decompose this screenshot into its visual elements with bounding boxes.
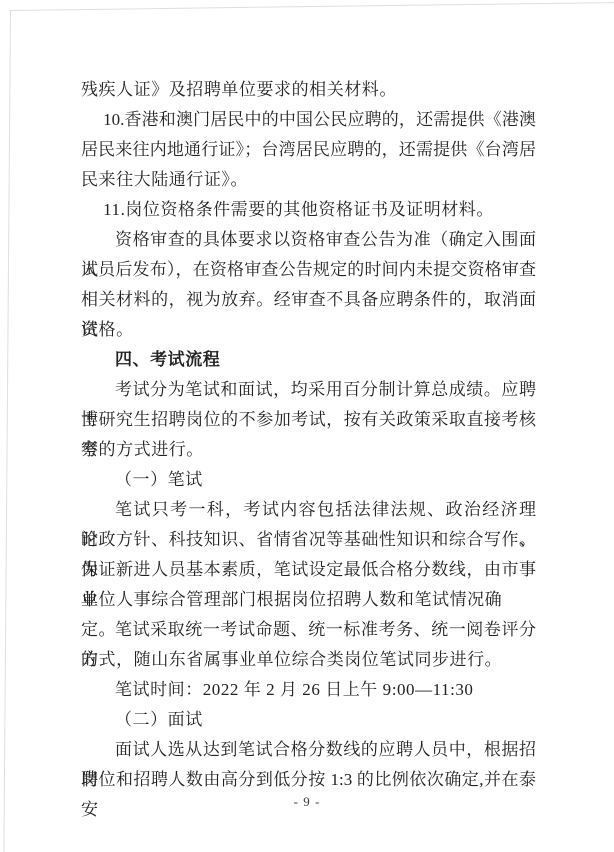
body-line: 时政方针、科技知识、省情省况等基础性知识和综合写作。为 <box>81 525 536 555</box>
scan-edge-left-line <box>3 10 11 852</box>
body-line: 考试分为笔试和面试，均采用百分制计算总成绩。应聘博 <box>81 375 536 405</box>
body-line: 保证新进人员基本素质，笔试设定最低合格分数线，由市事业 <box>81 555 536 585</box>
page-number: - 9 - <box>0 794 614 810</box>
document-body: 残疾人证》及招聘单位要求的相关材料。 10.香港和澳门居民中的中国公民应聘的，还… <box>81 75 536 795</box>
document-page: 残疾人证》及招聘单位要求的相关材料。 10.香港和澳门居民中的中国公民应聘的，还… <box>0 0 614 852</box>
body-line: 资格审查的具体要求以资格审查公告为准（确定入围面试 <box>81 225 536 255</box>
body-line: 残疾人证》及招聘单位要求的相关材料。 <box>81 75 536 105</box>
body-line: 居民来往内地通行证》；台湾居民应聘的，还需提供《台湾居 <box>81 135 536 165</box>
body-line: 单位人事综合管理部门根据岗位招聘人数和笔试情况确定。 <box>81 585 536 615</box>
body-line: 相关材料的，视为放弃。经审查不具备应聘条件的，取消面试 <box>81 285 536 315</box>
body-line: 士研究生招聘岗位的不参加考试，按有关政策采取直接考核考 <box>81 405 536 435</box>
body-line: 岗位和招聘人数由高分到低分按 1:3 的比例依次确定,并在泰安 <box>81 765 536 795</box>
body-line-item-11: 11.岗位资格条件需要的其他资格证书及证明材料。 <box>81 195 536 225</box>
body-line-written-test-time: 笔试时间：2022 年 2 月 26 日上午 9:00—11:30 <box>81 675 536 705</box>
body-line: 资格。 <box>81 315 536 345</box>
body-line: 民来往大陆通行证》。 <box>81 165 536 195</box>
body-line: 面试人选从达到笔试合格分数线的应聘人员中，根据招聘 <box>81 735 536 765</box>
body-line-item-10: 10.香港和澳门居民中的中国公民应聘的，还需提供《港澳 <box>81 105 536 135</box>
body-line: 笔试只考一科，考试内容包括法律法规、政治经济理论、 <box>81 495 536 525</box>
body-line: 察的方式进行。 <box>81 435 536 465</box>
body-line: 笔试采取统一考试命题、统一标准考务、统一阅卷评分的 <box>81 615 536 645</box>
subsection-heading-interview: （二）面试 <box>81 705 536 735</box>
body-line: 方式，随山东省属事业单位综合类岗位笔试同步进行。 <box>81 645 536 675</box>
section-heading-exam-process: 四、考试流程 <box>81 345 536 375</box>
subsection-heading-written-test: （一）笔试 <box>81 465 536 495</box>
scan-edge-top-line <box>10 2 614 11</box>
body-line: 人员后发布），在资格审查公告规定的时间内未提交资格审查 <box>81 255 536 285</box>
